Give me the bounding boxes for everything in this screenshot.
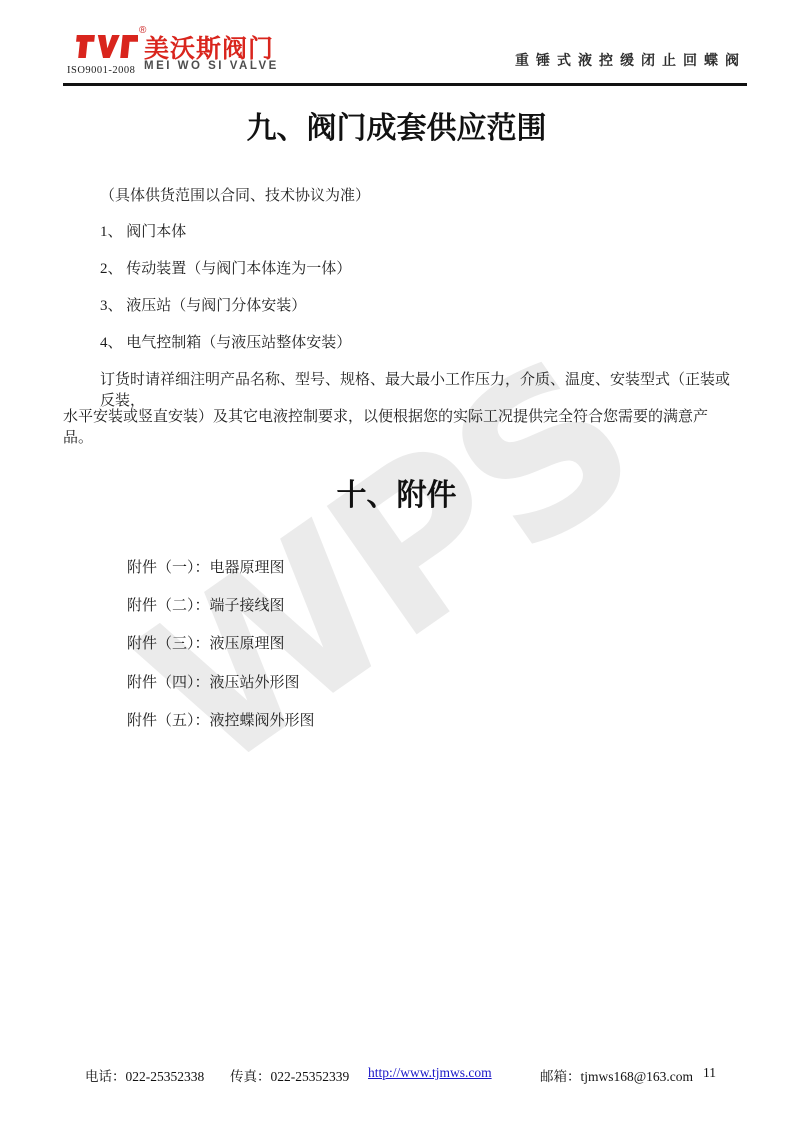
ordering-note-line: 水平安装或竖直安装）及其它电液控制要求，以便根据您的实际工况提供完全符合您需要的… xyxy=(63,405,733,447)
supply-list-item: 4、 电气控制箱（与液压站整体安装） xyxy=(100,331,351,352)
header-divider xyxy=(63,83,747,86)
page-number: 11 xyxy=(703,1065,716,1081)
supply-list-item: 3、 液压站（与阀门分体安装） xyxy=(100,294,306,315)
document-title-header: 重锤式液控缓闭止回蝶阀 xyxy=(515,50,746,70)
section-title-attachments: 十、附件 xyxy=(0,470,793,514)
footer-fax: 传真：022-25352339 xyxy=(230,1065,349,1085)
supply-list-item: 2、 传动装置（与阀门本体连为一体） xyxy=(100,257,351,278)
footer-email: 邮箱：tjmws168@163.com xyxy=(540,1065,693,1085)
attachment-list-item: 附件（三）：液压原理图 xyxy=(127,632,285,653)
ordering-note-line: 订货时请祥细注明产品名称、型号、规格、最大最小工作压力，介质、温度、安装型式（正… xyxy=(100,368,732,410)
supply-scope-note: （具体供货范围以合同、技术协议为准） xyxy=(100,184,370,205)
footer-phone: 电话：022-25352338 xyxy=(85,1065,204,1085)
brand-name-english: MEI WO SI VALVE xyxy=(144,60,279,72)
company-logo-icon xyxy=(74,30,138,63)
footer-website-link[interactable]: http://www.tjmws.com xyxy=(368,1065,492,1081)
document-page: WPS ® ISO9001-2008 美沃斯阀门 MEI WO SI VALVE… xyxy=(0,0,793,1122)
iso-certification-label: ISO9001-2008 xyxy=(67,65,135,76)
supply-list-item: 1、 阀门本体 xyxy=(100,220,186,241)
page-content: ® ISO9001-2008 美沃斯阀门 MEI WO SI VALVE 重锤式… xyxy=(0,0,793,1122)
section-title-supply-scope: 九、阀门成套供应范围 xyxy=(0,103,793,147)
attachment-list-item: 附件（五）：液控蝶阀外形图 xyxy=(127,709,315,730)
attachment-list-item: 附件（二）：端子接线图 xyxy=(127,594,285,615)
attachment-list-item: 附件（一）：电器原理图 xyxy=(127,556,285,577)
attachment-list-item: 附件（四）：液压站外形图 xyxy=(127,671,300,692)
